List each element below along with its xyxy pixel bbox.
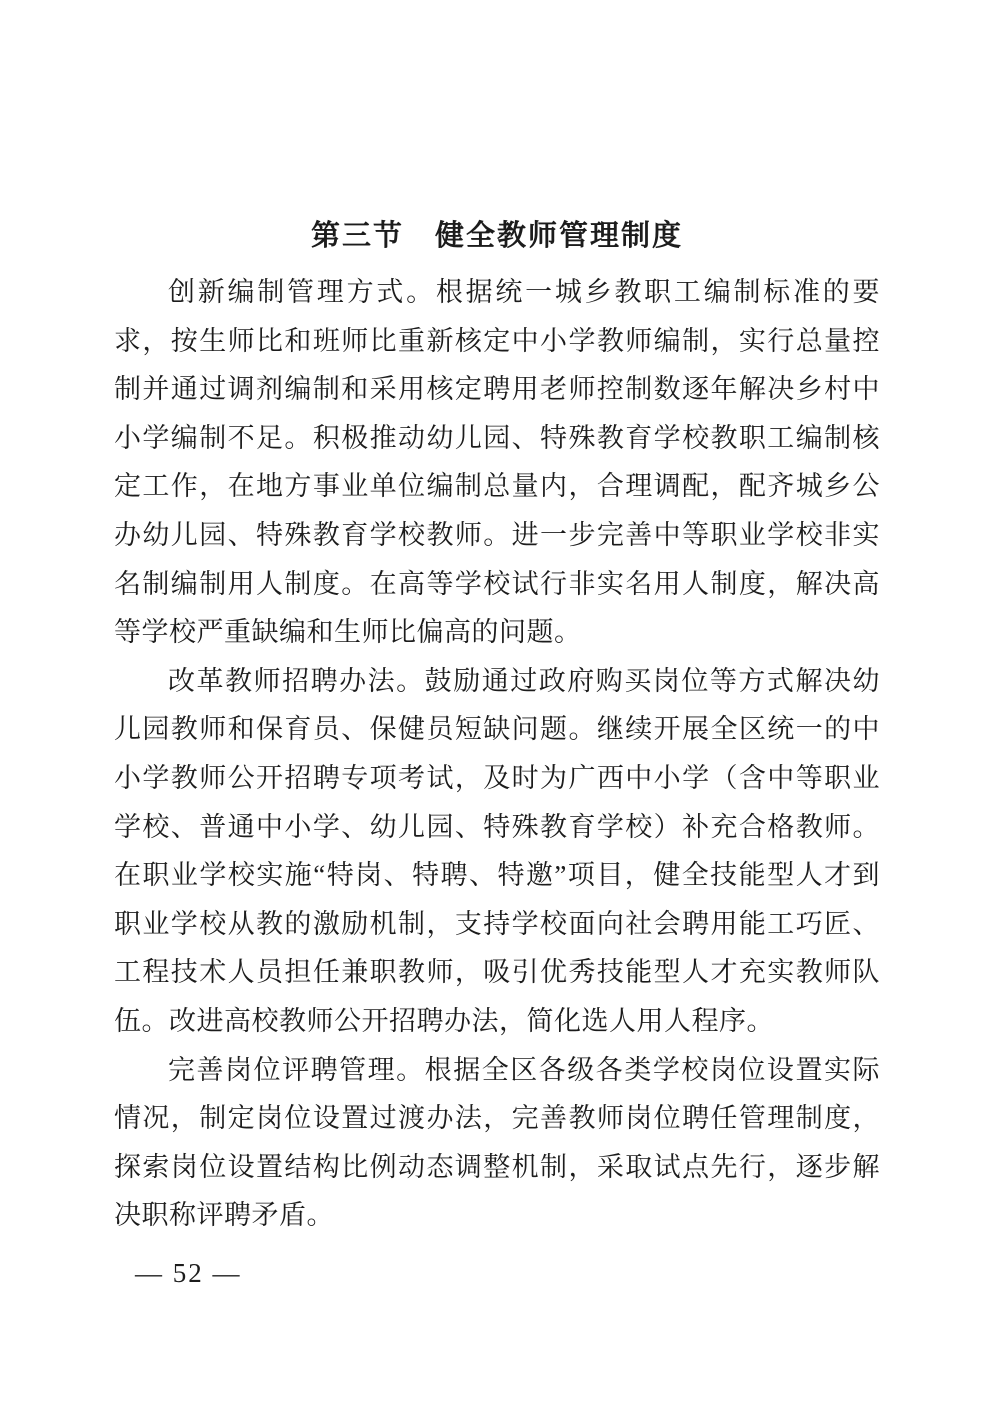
section-title: 第三节 健全教师管理制度	[114, 212, 880, 260]
paragraph-3: 完善岗位评聘管理。根据全区各级各类学校岗位设置实际情况，制定岗位设置过渡办法，完…	[114, 1046, 880, 1240]
paragraph-2: 改革教师招聘办法。鼓励通过政府购买岗位等方式解决幼儿园教师和保育员、保健员短缺问…	[114, 657, 880, 1046]
paragraph-1: 创新编制管理方式。根据统一城乡教职工编制标准的要求，按生师比和班师比重新核定中小…	[114, 268, 880, 657]
document-page: 第三节 健全教师管理制度 创新编制管理方式。根据统一城乡教职工编制标准的要求，按…	[0, 0, 993, 1404]
page-content: 第三节 健全教师管理制度 创新编制管理方式。根据统一城乡教职工编制标准的要求，按…	[114, 212, 880, 1240]
page-number: — 52 —	[135, 1258, 242, 1289]
